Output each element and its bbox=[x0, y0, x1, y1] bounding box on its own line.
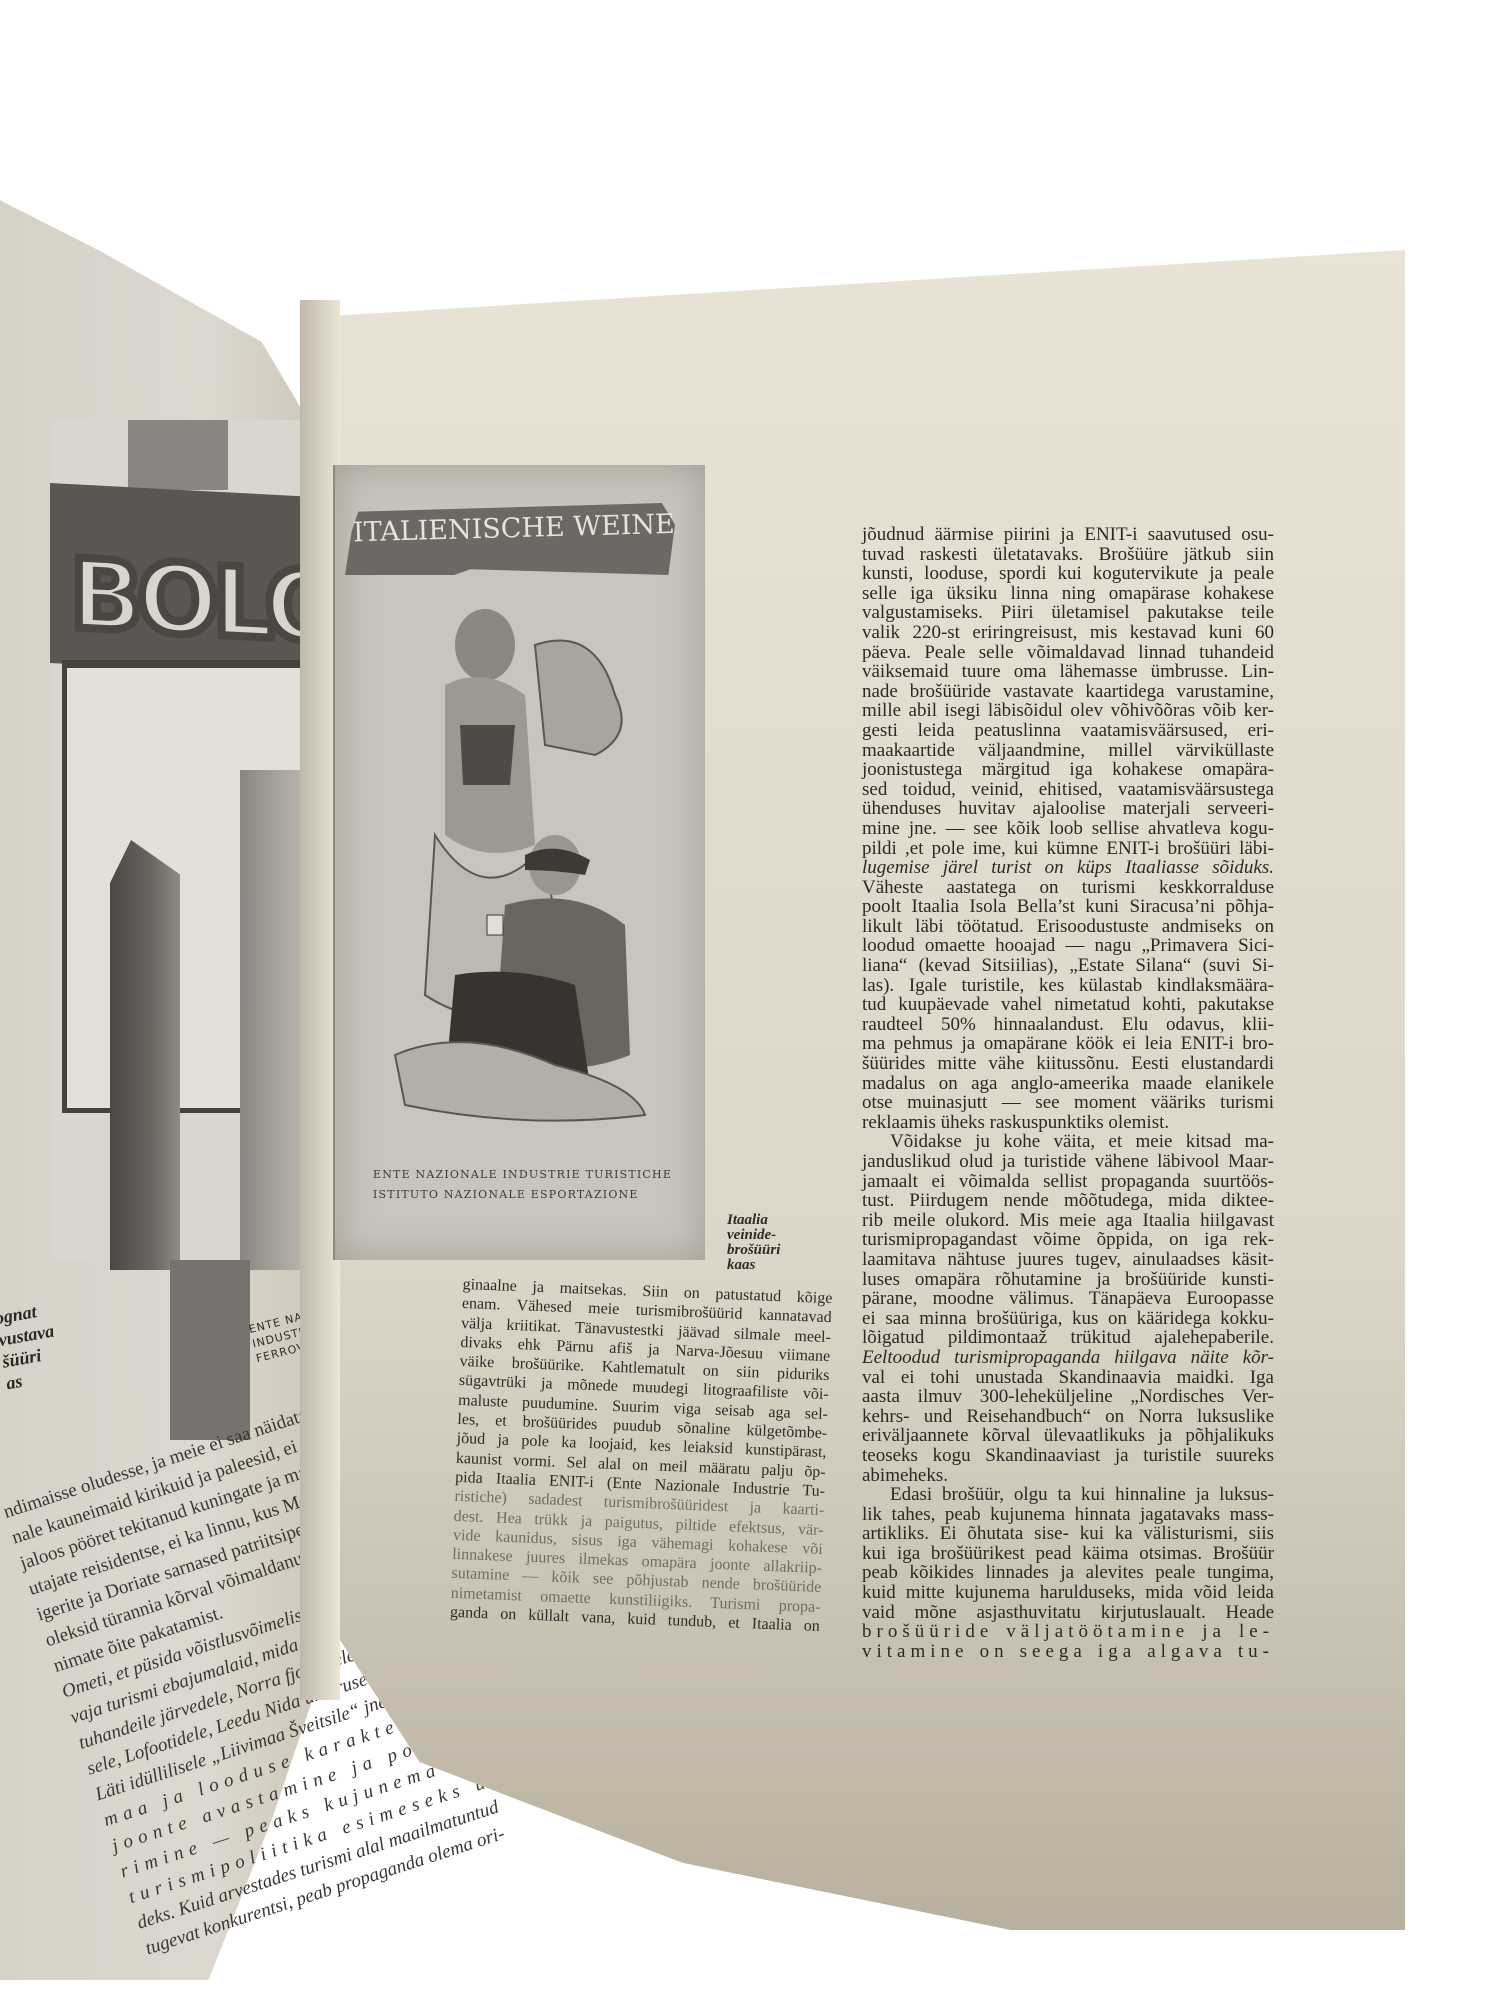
text-line: valik 220-st eriringreisust, mis kestava… bbox=[862, 623, 1274, 643]
poster-tower-top bbox=[128, 420, 228, 490]
text-line: tust. Piirdugem nende mõõtudega, mida di… bbox=[862, 1191, 1274, 1211]
text-line: luses omapära rõhutamine ja brošüüride k… bbox=[862, 1270, 1274, 1290]
brochure-illustration bbox=[375, 585, 665, 1125]
text-line: sed toidud, veinid, ehitised, vaatamisvä… bbox=[862, 780, 1274, 800]
text-line: šüürides mitte vähe kiitussõnu. Eesti el… bbox=[862, 1054, 1274, 1074]
text-line: nade brošüüride vastavate kaartidega var… bbox=[862, 682, 1274, 702]
text-line: väiksemaid tuure oma lähemasse ümbrusse.… bbox=[862, 662, 1274, 682]
text-line: likult läbi töötatud. Erisoodustuste and… bbox=[862, 917, 1274, 937]
text-line: vitamine on seega iga algava tu- bbox=[862, 1642, 1274, 1662]
text-line: eriväljaannete kõrval ülevaatlikuks ja p… bbox=[862, 1426, 1274, 1446]
text-line: val ei tohi unustada Skandinaavia maidki… bbox=[862, 1368, 1274, 1388]
text-line: jõudnud äärmise piirini ja ENIT-i saavut… bbox=[862, 525, 1274, 545]
text-line: janduslikud olud ja turistide vähene läb… bbox=[862, 1152, 1274, 1172]
text-line: joonistustega märgitud iga kohakese omap… bbox=[862, 760, 1274, 780]
text-line: kunsti, looduse, spordi kui kogutervikut… bbox=[862, 564, 1274, 584]
text-line: ühenduses huvitav ajaloolise materjali s… bbox=[862, 799, 1274, 819]
text-line: raudteel 50% hinnaalandust. Elu odavus, … bbox=[862, 1015, 1274, 1035]
text-line: brošüüride väljatöötamine ja le- bbox=[862, 1622, 1274, 1642]
text-line: pärane, moodne välimus. Tänapäeva Euroop… bbox=[862, 1289, 1274, 1309]
text-line: Edasi brošüür, olgu ta kui hinnaline ja … bbox=[862, 1485, 1274, 1505]
text-line: turismipropagandast võime õppida, on iga… bbox=[862, 1230, 1274, 1250]
right-column-text: jõudnud äärmise piirini ja ENIT-i saavut… bbox=[862, 525, 1274, 1661]
text-line: loodud omaette hooajad — nagu „Primavera… bbox=[862, 936, 1274, 956]
poster-tower-left bbox=[110, 840, 180, 1270]
text-line: madalus on aga anglo-ameerika maade elan… bbox=[862, 1074, 1274, 1094]
text-line: las). Igale turistile, kes külastab kind… bbox=[862, 976, 1274, 996]
text-line: mine jne. — see kõik loob sellise ahvatl… bbox=[862, 819, 1274, 839]
text-line: tud kuupäevade vahel nimetatud kohti, pa… bbox=[862, 995, 1274, 1015]
text-line: abimeheks. bbox=[862, 1466, 1274, 1486]
text-line: selle iga üksiku linna ning omapärase ko… bbox=[862, 584, 1274, 604]
poster-title: BOLOGNA bbox=[70, 538, 315, 664]
text-line: kuid mitte kujunema harulduseks, mida võ… bbox=[862, 1583, 1274, 1603]
text-line: lugemise järel turist on küps Itaaliasse… bbox=[862, 858, 1274, 878]
bologna-caption: ognat vustava šüüri as bbox=[0, 1294, 87, 1395]
text-line: ei saa minna brošüüriga, kus on käärideg… bbox=[862, 1309, 1274, 1329]
text-line: mille abil isegi läbisõidul olev võhivõõ… bbox=[862, 701, 1274, 721]
text-line: lõigatud pildimontaaž trükitud ajalehepa… bbox=[862, 1328, 1274, 1348]
text-line: jamaalt ei võimalda sellist propaganda s… bbox=[862, 1172, 1274, 1192]
text-line: ma pehmus ja omapärane köök ei leia ENIT… bbox=[862, 1034, 1274, 1054]
text-line: liana“ (kevad Sitsiilias), „Estate Silan… bbox=[862, 956, 1274, 976]
text-line: valgustamiseks. Piiri ületamisel pakutak… bbox=[862, 603, 1274, 623]
text-line: tuvad raskesti ületatavaks. Brošüüre jät… bbox=[862, 545, 1274, 565]
poster-pillar bbox=[170, 1260, 250, 1440]
text-line: kehrs- und Reisehandbuch“ on Norra luksu… bbox=[862, 1407, 1274, 1427]
text-line: rib meile olukord. Mis meie aga Itaalia … bbox=[862, 1211, 1274, 1231]
text-line: aasta ilmuv 300-leheküljeline „Nordische… bbox=[862, 1387, 1274, 1407]
text-line: laamitava nähtuse juures tugev, ainulaad… bbox=[862, 1250, 1274, 1270]
text-line: maakaartide väljaandmine, millel värvikü… bbox=[862, 741, 1274, 761]
text-line: pildi ,et pole ime, kui kümne ENIT-i bro… bbox=[862, 839, 1274, 859]
text-line: peab kõikides linnades ja alevites peale… bbox=[862, 1563, 1274, 1583]
bologna-poster-image: BOLOGNA ENTE NAZIONALE INDUSTRIE TURISTI… bbox=[50, 420, 315, 1260]
text-line: gesti leida peatuslinna vaatamisväärsuse… bbox=[862, 721, 1274, 741]
text-line: otse muinasjutt — see moment vääriks tur… bbox=[862, 1093, 1274, 1113]
text-line: lik tahes, peab kujunema hinnata jagatav… bbox=[862, 1505, 1274, 1525]
text-line: poolt Itaalia Isola Bella’st kuni Siracu… bbox=[862, 897, 1274, 917]
middle-column-text: ginaalne ja maitsekas. Siin on patustatu… bbox=[450, 1275, 833, 1636]
wine-brochure-caption: Itaalia veinide- brošüüri kaas bbox=[727, 1213, 827, 1273]
text-line: artikliks. Ei õhutata sise- kui ka välis… bbox=[862, 1524, 1274, 1544]
text-line: Eeltoodud turismipropaganda hiilgava näi… bbox=[862, 1348, 1274, 1368]
wine-brochure-image: ITALIENISCHE WEINE ENTE NAZIONALE INDUST… bbox=[333, 465, 705, 1260]
text-line: teoseks kogu Skandinaaviast ja turistile… bbox=[862, 1446, 1274, 1466]
text-line: päeva. Peale selle võimaldavad linnad tu… bbox=[862, 643, 1274, 663]
text-line: vaid mõne asjasthuvitatu kirjutuslaualt.… bbox=[862, 1603, 1274, 1623]
poster-tower-right bbox=[240, 770, 300, 1270]
text-line: kui iga brošüürikest pead käima otsimas.… bbox=[862, 1544, 1274, 1564]
text-line: reklaamis üheks raskuspunktiks olemist. bbox=[862, 1113, 1274, 1133]
text-line: Võidakse ju kohe väita, et meie kitsad m… bbox=[862, 1132, 1274, 1152]
brochure-footer: ENTE NAZIONALE INDUSTRIE TURISTICHE ISTI… bbox=[373, 1165, 693, 1205]
text-line: Väheste aastatega on turismi keskkorrald… bbox=[862, 878, 1274, 898]
